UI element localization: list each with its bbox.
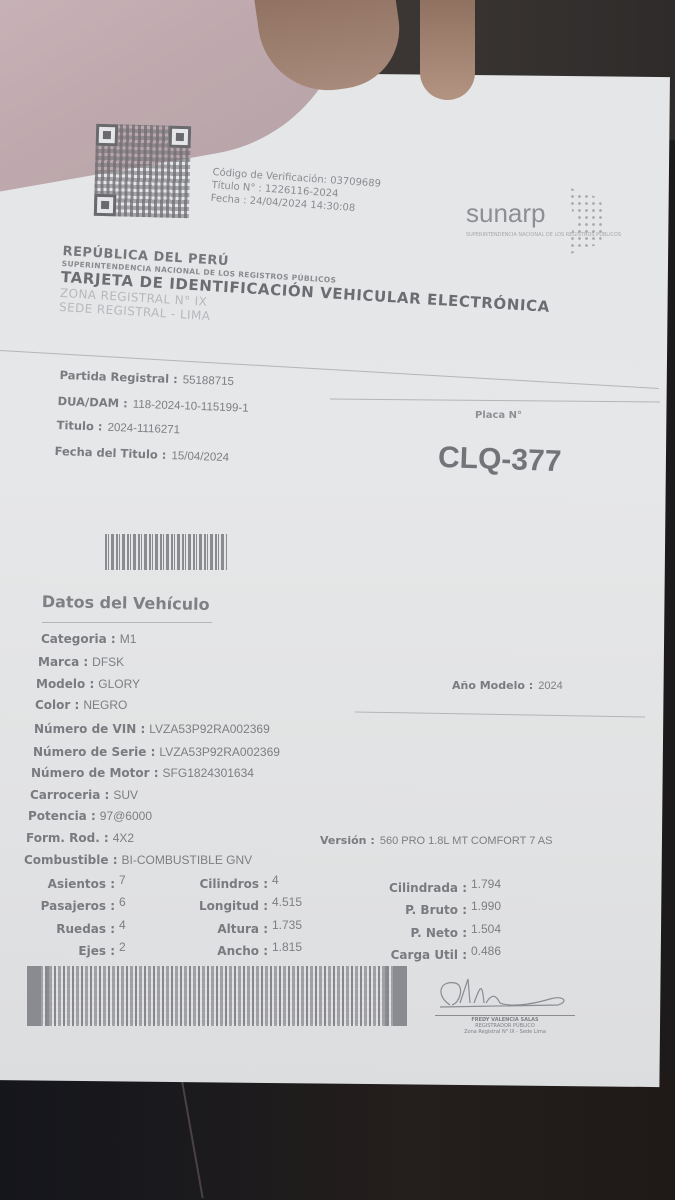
spec-row: P. Bruto : [405,899,467,918]
field-value: SFG1824301634 [163,766,254,780]
version-label: Versión : [320,834,375,847]
field-label: Número de Motor : [31,766,159,780]
field-value: LVZA53P92RA002369 [149,722,270,736]
spec-value: 6 [119,895,126,909]
titulo-label: Titulo : [56,418,102,434]
fecha-titulo-value: 15/04/2024 [171,450,229,464]
vehicle-field-row: Carroceria :SUV [30,784,138,803]
spec-value: 4 [272,873,279,887]
vehicle-field-row: Potencia :97@6000 [28,805,152,824]
spec-row: P. Neto : [411,922,467,941]
spec-row: Asientos : [48,873,115,892]
field-label: Form. Rod. : [26,831,109,845]
version-row: Versión : 560 PRO 1.8L MT COMFORT 7 AS [320,829,552,848]
anio-modelo-value: 2024 [538,680,562,692]
divider [42,622,212,623]
vehicle-field-row: Combustible :BI-COMBUSTIBLE GNV [24,849,252,868]
table-surface [0,1070,675,1200]
vehicle-field-row: Form. Rod. :4X2 [26,827,134,846]
vehicle-field-row: Marca :DFSK [38,651,124,670]
spec-label: Ancho : [217,944,268,958]
field-value: 4X2 [113,831,134,845]
field-label: Potencia : [28,809,96,823]
vehicle-field-row: Categoria :M1 [41,628,136,647]
anio-modelo-row: Año Modelo : 2024 [452,674,563,693]
qr-finder-icon [94,194,117,217]
field-value: BI-COMBUSTIBLE GNV [122,853,253,867]
placa-label: Placa N° [475,410,522,421]
version-value: 560 PRO 1.8L MT COMFORT 7 AS [380,835,553,847]
signature-block: FREDY VALENCIA SALAS REGISTRADOR PÚBLICO… [430,975,580,1035]
spec-label: Ejes : [78,944,115,958]
spec-label: P. Bruto : [405,903,467,917]
spec-value: 0.486 [471,944,501,958]
spec-value: 1.794 [471,877,501,891]
field-value: 97@6000 [100,809,152,823]
field-label: Categoria : [41,632,116,646]
field-value: GLORY [98,677,140,691]
spec-row: Pasajeros : [41,895,115,914]
signature-zone: Zona Registral N° IX - Sede Lima [430,1029,580,1035]
vehicle-field-row: Número de VIN :LVZA53P92RA002369 [34,718,270,737]
barcode [105,534,227,570]
spec-label: Ruedas : [56,922,115,936]
spec-label: Longitud : [199,899,268,913]
signature-icon [430,975,580,1011]
spec-label: Carga Util : [391,948,467,962]
spec-row: Cilindrada : [389,877,467,896]
field-label: Modelo : [36,677,94,691]
section-title: Datos del Vehículo [42,592,210,614]
spec-label: Pasajeros : [41,899,115,913]
field-label: Color : [35,698,79,712]
spec-row: Cilindros : [199,873,268,892]
sunarp-logo: sunarp [466,198,546,229]
spec-value: 4.515 [272,895,302,909]
spec-row: Ejes : [78,940,115,959]
spec-value: 4 [119,918,126,932]
vehicle-field-row: Color :NEGRO [35,694,127,713]
spec-row: Ruedas : [56,918,115,937]
spec-value: 1.735 [272,918,302,932]
field-value: DFSK [92,655,124,669]
spec-label: Asientos : [48,877,115,891]
dua-label: DUA/DAM : [57,394,128,410]
spec-label: Cilindros : [199,877,268,891]
spec-row: Altura : [217,918,268,937]
finger [420,0,475,100]
field-value: M1 [120,632,137,646]
placa-value: CLQ-377 [437,441,561,479]
spec-value: 1.504 [471,922,501,936]
qr-finder-icon [96,124,119,147]
fecha-titulo-label: Fecha del Titulo : [54,444,166,462]
spec-label: Altura : [217,922,268,936]
spec-value: 7 [119,873,126,887]
qr-finder-icon [169,126,192,149]
field-value: SUV [113,788,138,802]
field-value: NEGRO [83,698,127,712]
spec-value: 2 [119,940,126,954]
spec-row: Longitud : [199,895,268,914]
partida-value: 55188715 [183,374,235,388]
field-label: Carroceria : [30,788,109,802]
spec-value: 1.815 [272,940,302,954]
titulo-value: 2024-1116271 [107,422,180,437]
spec-row: Ancho : [217,940,268,959]
anio-modelo-label: Año Modelo : [452,679,533,692]
spec-row: Carga Util : [391,944,467,963]
vehicle-field-row: Número de Serie :LVZA53P92RA002369 [33,741,280,760]
dua-value: 118-2024-10-115199-1 [133,399,249,415]
spec-value: 1.990 [471,899,501,913]
vehicle-field-row: Número de Motor :SFG1824301634 [31,762,254,781]
partida-label: Partida Registral : [59,368,178,386]
spec-label: Cilindrada : [389,881,467,895]
qr-code [94,124,191,218]
field-label: Número de VIN : [34,722,145,736]
field-label: Combustible : [24,853,118,867]
signature-line [435,1015,575,1016]
pdf417-barcode [27,966,407,1026]
vehicle-field-row: Modelo :GLORY [36,673,140,692]
field-value: LVZA53P92RA002369 [159,745,280,759]
spec-label: P. Neto : [411,926,467,940]
field-label: Número de Serie : [33,745,155,759]
field-label: Marca : [38,655,88,669]
